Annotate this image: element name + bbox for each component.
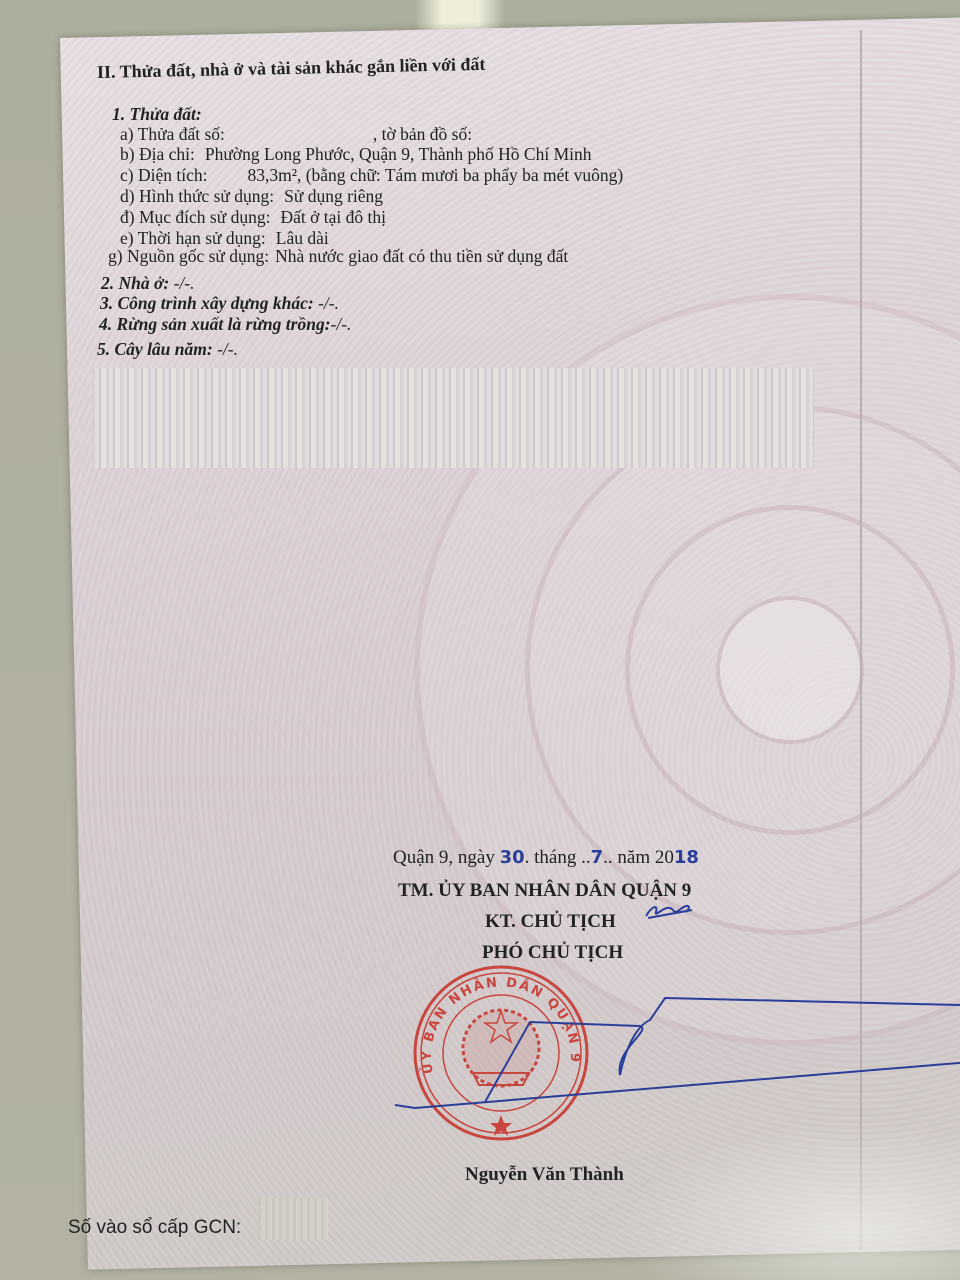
- parcel-number-row: a) Thửa đất số:, tờ bản đồ số:: [120, 124, 472, 144]
- role-chairman: KT. CHỦ TỊCH: [485, 911, 616, 933]
- item-planted-forest: 4. Rừng sản xuất là rừng trồng:-/-.: [99, 314, 351, 334]
- parcel-heading: 1. Thửa đất:: [112, 104, 202, 124]
- usage-form-value: Sử dụng riêng: [284, 186, 383, 206]
- usage-form-row: d) Hình thức sử dụng:Sử dụng riêng: [120, 186, 383, 206]
- area-value: 83,3m², (bằng chữ: Tám mươi ba phẩy ba m…: [247, 165, 623, 185]
- signer-name: Nguyễn Văn Thành: [465, 1165, 624, 1185]
- usage-term-value: Lâu dài: [276, 228, 329, 248]
- date-month: 7: [591, 847, 604, 868]
- date-year: 18: [674, 847, 699, 868]
- date-day: 30: [500, 847, 525, 868]
- area-row: c) Diện tích:83,3m², (bằng chữ: Tám mươi…: [120, 165, 623, 185]
- item-perennial-trees: 5. Cây lâu năm: -/-.: [97, 339, 238, 359]
- usage-term-row: e) Thời hạn sử dụng:Lâu dài: [120, 228, 329, 248]
- usage-origin-value: Nhà nước giao đất có thu tiền sử dụng đấ…: [275, 246, 568, 266]
- initial-mark-icon: [642, 898, 702, 922]
- section-title: II. Thửa đất, nhà ở và tài sản khác gắn …: [97, 54, 486, 82]
- signing-date: Quận 9, ngày 30. tháng ..7.. năm 2018: [393, 848, 699, 868]
- item-other-construction: 3. Công trình xây dựng khác: -/-.: [100, 293, 339, 313]
- usage-purpose-value: Đất ở tại đô thị: [280, 207, 386, 227]
- usage-origin-row: g) Nguồn gốc sử dụng:Nhà nước giao đất c…: [108, 246, 568, 266]
- redacted-region: [92, 368, 814, 468]
- handwritten-signature-icon: [390, 990, 960, 1120]
- register-number-row: Số vào sổ cấp GCN:: [68, 1218, 241, 1238]
- item-house: 2. Nhà ở: -/-.: [101, 273, 195, 293]
- usage-purpose-row: đ) Mục đích sử dụng:Đất ở tại đô thị: [120, 207, 386, 227]
- role-vice-chairman: PHÓ CHỦ TỊCH: [482, 942, 623, 964]
- address-value: Phường Long Phước, Quận 9, Thành phố Hồ …: [205, 144, 592, 164]
- document-content: II. Thửa đất, nhà ở và tài sản khác gắn …: [0, 0, 960, 1280]
- address-row: b) Địa chỉ:Phường Long Phước, Quận 9, Th…: [120, 144, 592, 164]
- redacted-register-number: [258, 1198, 328, 1240]
